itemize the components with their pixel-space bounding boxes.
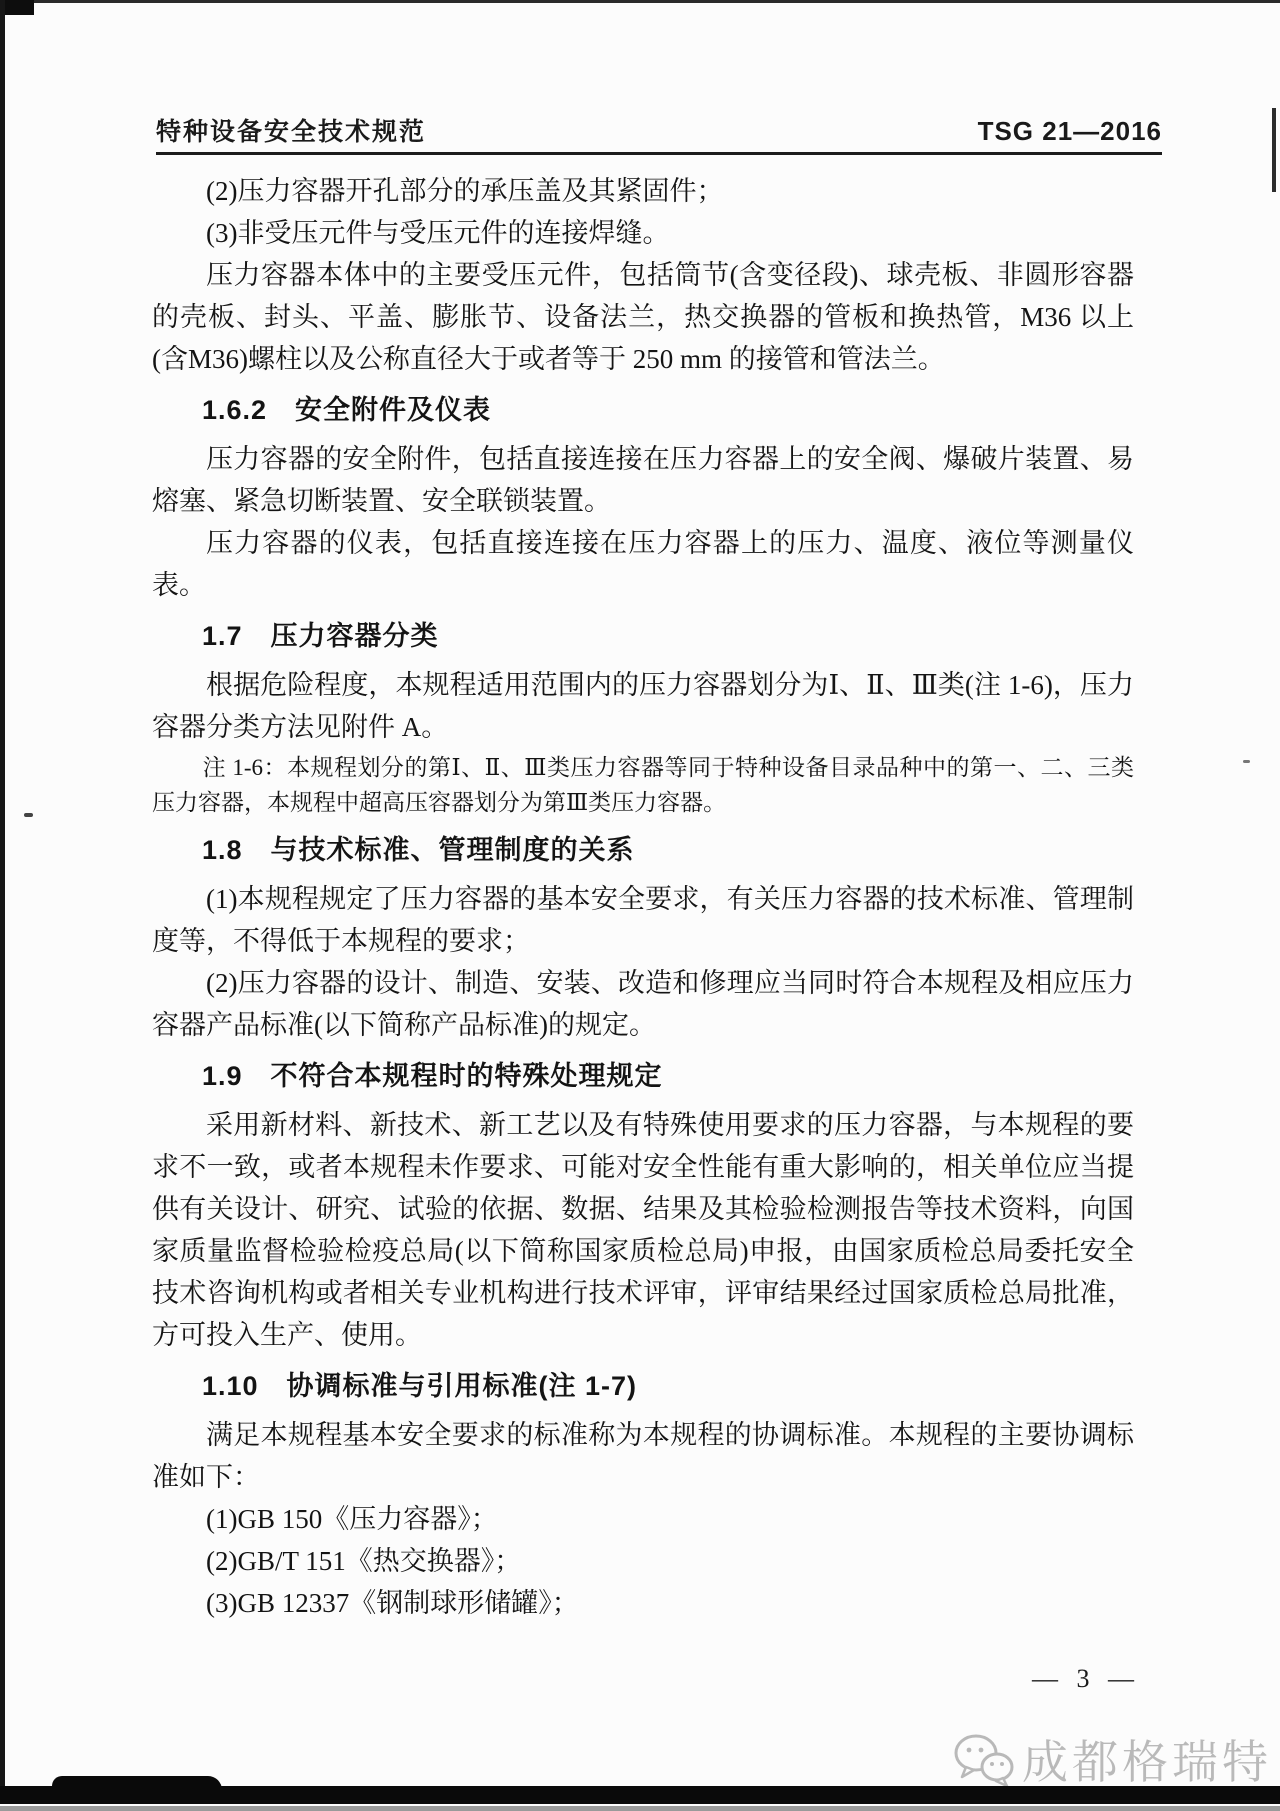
- section-heading: 1.6.2 安全附件及仪表: [152, 389, 1134, 431]
- document-page: 特种设备安全技术规范 TSG 21—2016 (2)压力容器开孔部分的承压盖及其…: [0, 0, 1280, 1811]
- paragraph: 采用新材料、新技术、新工艺以及有特殊使用要求的压力容器，与本规程的要求不一致，或…: [152, 1104, 1134, 1356]
- paragraph: (2)GB/T 151《热交换器》；: [152, 1540, 1134, 1582]
- section-heading: 1.10 协调标准与引用标准(注 1-7): [152, 1365, 1134, 1407]
- document-body: (2)压力容器开孔部分的承压盖及其紧固件；(3)非受压元件与受压元件的连接焊缝。…: [152, 170, 1134, 1624]
- section-heading: 1.7 压力容器分类: [152, 615, 1134, 657]
- page-header: 特种设备安全技术规范 TSG 21—2016: [156, 112, 1162, 148]
- header-right-code: TSG 21—2016: [978, 116, 1162, 147]
- wechat-icon: [952, 1730, 1016, 1788]
- paragraph: (2)压力容器的设计、制造、安装、改造和修理应当同时符合本规程及相应压力容器产品…: [152, 962, 1134, 1046]
- scan-speck: [24, 813, 33, 817]
- paragraph: (3)GB 12337《钢制球形储罐》；: [152, 1582, 1134, 1624]
- watermark: 成都格瑞特: [952, 1726, 1272, 1792]
- header-rule: [156, 152, 1162, 155]
- scan-artifact-top-line: [0, 0, 1280, 3]
- watermark-text: 成都格瑞特: [1022, 1726, 1272, 1792]
- scan-artifact-right-mark: [1272, 108, 1276, 192]
- section-heading: 1.8 与技术标准、管理制度的关系: [152, 829, 1134, 871]
- scan-artifact-bottom-bar: [0, 1786, 1280, 1804]
- paragraph: 注 1-6：本规程划分的第Ⅰ、Ⅱ、Ⅲ类压力容器等同于特种设备目录品种中的第一、二…: [152, 750, 1134, 820]
- paragraph: 压力容器的仪表，包括直接连接在压力容器上的压力、温度、液位等测量仪表。: [152, 522, 1134, 606]
- header-left-title: 特种设备安全技术规范: [156, 112, 426, 148]
- paragraph: (2)压力容器开孔部分的承压盖及其紧固件；: [152, 170, 1134, 212]
- paragraph: (1)GB 150《压力容器》；: [152, 1498, 1134, 1540]
- scan-artifact-corner-block: [0, 0, 34, 15]
- paragraph: 压力容器的安全附件，包括直接连接在压力容器上的安全阀、爆破片装置、易熔塞、紧急切…: [152, 438, 1134, 522]
- scan-artifact-bottom-gray: [0, 1806, 1280, 1811]
- scan-artifact-left-line: [0, 0, 5, 1790]
- section-heading: 1.9 不符合本规程时的特殊处理规定: [152, 1055, 1134, 1097]
- paragraph: 满足本规程基本安全要求的标准称为本规程的协调标准。本规程的主要协调标准如下：: [152, 1414, 1134, 1498]
- paragraph: (3)非受压元件与受压元件的连接焊缝。: [152, 212, 1134, 254]
- paragraph: 根据危险程度，本规程适用范围内的压力容器划分为Ⅰ、Ⅱ、Ⅲ类(注 1-6)，压力容…: [152, 664, 1134, 748]
- paragraph: (1)本规程规定了压力容器的基本安全要求，有关压力容器的技术标准、管理制度等，不…: [152, 878, 1134, 962]
- scan-speck: [1243, 760, 1250, 763]
- page-number: — 3 —: [1032, 1664, 1140, 1694]
- paragraph: 压力容器本体中的主要受压元件，包括筒节(含变径段)、球壳板、非圆形容器的壳板、封…: [152, 254, 1134, 380]
